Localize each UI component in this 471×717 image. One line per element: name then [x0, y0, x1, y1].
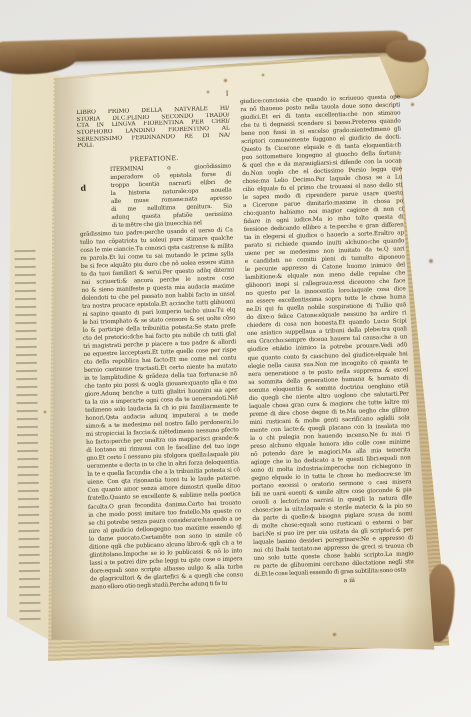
chapter-heading: LIBRO PRIMO DELLA NATVRALE HI/STORIA DI.… [76, 105, 230, 149]
foxing-spot [223, 78, 228, 83]
folio-number: I [226, 89, 229, 97]
foxing-spot [332, 632, 337, 637]
right-body-lines: giudice:conciosia che quando io scriueuo… [240, 93, 414, 578]
binding-top-edge-left [0, 39, 77, 77]
guide-letter: d [80, 183, 86, 193]
foxing-spot [410, 102, 415, 107]
blank-initial-space: d [78, 166, 112, 230]
preface-opening: d ITERMINAI o giocõdissimoimperadore cõ … [78, 162, 244, 591]
text-block: I LIBRO PRIMO DELLA NATVRALE HI/STORIA D… [76, 93, 416, 591]
foxing-spot [43, 410, 47, 414]
foxing-spot [261, 73, 265, 77]
foxing-spot [206, 90, 210, 94]
foxing-spot [428, 258, 434, 264]
left-body-lines: grãdissimo tuo padre:perche usando el ue… [80, 226, 244, 591]
book-photograph: I LIBRO PRIMO DELLA NATVRALE HI/STORIA D… [0, 0, 471, 717]
left-column: LIBRO PRIMO DELLA NATVRALE HI/STORIA DI.… [76, 98, 243, 591]
right-column: giudice:conciosia che quando io scriueuo… [240, 93, 414, 586]
